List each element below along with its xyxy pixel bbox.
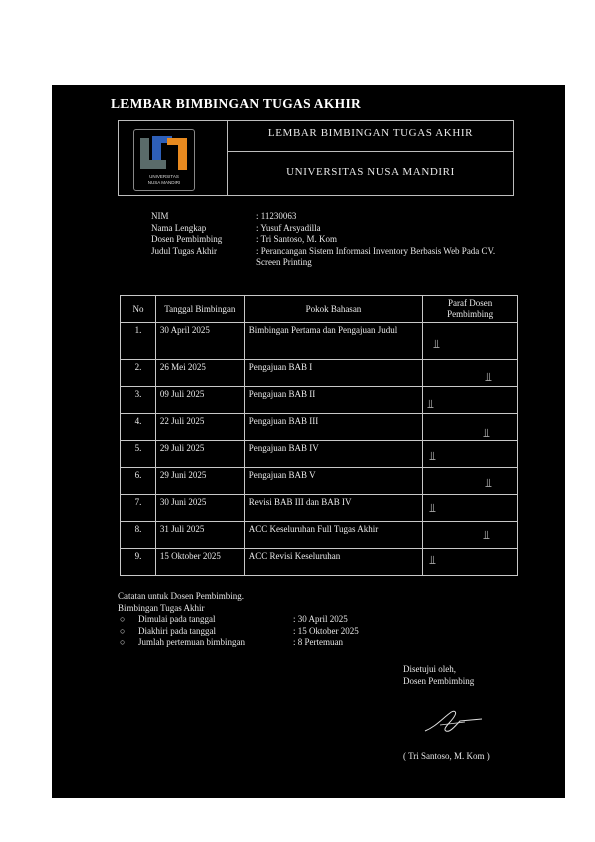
table-row: 5.29 Juli 2025Pengajuan BAB IV⫫ bbox=[121, 441, 518, 468]
cell-date: 09 Juli 2025 bbox=[155, 387, 244, 414]
cell-date: 22 Juli 2025 bbox=[155, 414, 244, 441]
cell-no: 5. bbox=[121, 441, 156, 468]
cell-no: 6. bbox=[121, 468, 156, 495]
cell-date: 29 Juni 2025 bbox=[155, 468, 244, 495]
guidance-table: No Tanggal Bimbingan Pokok Bahasan Paraf… bbox=[120, 295, 518, 576]
student-info: NIM: 11230063 Nama Lengkap: Yusuf Arsyad… bbox=[151, 211, 516, 269]
header-line-2: UNIVERSITAS NUSA MANDIRI bbox=[228, 166, 513, 178]
supervisor-name: ( Tri Santoso, M. Kom ) bbox=[403, 751, 490, 761]
cell-no: 2. bbox=[121, 360, 156, 387]
cell-topic: Pengajuan BAB II bbox=[244, 387, 422, 414]
cell-topic: Revisi BAB III dan BAB IV bbox=[244, 495, 422, 522]
cell-topic: Pengajuan BAB V bbox=[244, 468, 422, 495]
cell-topic: Pengajuan BAB IV bbox=[244, 441, 422, 468]
paraf-signature-icon: ⫫ bbox=[483, 426, 490, 441]
university-logo-icon: UNIVERSITAS NUSA MANDIRI bbox=[133, 129, 195, 191]
cell-topic: ACC Revisi Keseluruhan bbox=[244, 549, 422, 576]
note-label: Jumlah pertemuan bimbingan bbox=[138, 637, 293, 649]
paraf-signature-icon: ⫫ bbox=[429, 553, 436, 568]
paraf-signature-icon: ⫫ bbox=[429, 449, 436, 464]
cell-no: 7. bbox=[121, 495, 156, 522]
paraf-signature-icon: ⫫ bbox=[429, 501, 436, 516]
note-value: : 8 Pertemuan bbox=[293, 637, 343, 649]
table-row: 2.26 Mei 2025Pengajuan BAB I⫫ bbox=[121, 360, 518, 387]
table-header-row: No Tanggal Bimbingan Pokok Bahasan Paraf… bbox=[121, 296, 518, 323]
approval-block: Disetujui oleh, Dosen Pembimbing bbox=[403, 663, 474, 687]
cell-date: 29 Juli 2025 bbox=[155, 441, 244, 468]
cell-no: 4. bbox=[121, 414, 156, 441]
cell-topic: Pengajuan BAB I bbox=[244, 360, 422, 387]
col-header-date: Tanggal Bimbingan bbox=[155, 296, 244, 323]
table-row: 1.30 April 2025Bimbingan Pertama dan Pen… bbox=[121, 323, 518, 360]
info-label: Judul Tugas Akhir bbox=[151, 246, 256, 269]
info-label: Nama Lengkap bbox=[151, 223, 256, 235]
info-value: : Yusuf Arsyadilla bbox=[256, 223, 516, 235]
cell-date: 30 April 2025 bbox=[155, 323, 244, 360]
info-value: : Tri Santoso, M. Kom bbox=[256, 234, 516, 246]
paraf-signature-icon: ⫫ bbox=[483, 528, 490, 543]
cell-topic: ACC Keseluruhan Full Tugas Akhir bbox=[244, 522, 422, 549]
col-header-topic: Pokok Bahasan bbox=[244, 296, 422, 323]
cell-paraf: ⫫ bbox=[423, 414, 518, 441]
info-value: : 11230063 bbox=[256, 211, 516, 223]
approval-line-1: Disetujui oleh, bbox=[403, 663, 474, 675]
notes-section: Catatan untuk Dosen Pembimbing. Bimbinga… bbox=[118, 591, 359, 649]
bullet-icon: ○ bbox=[118, 626, 138, 638]
cell-paraf: ⫫ bbox=[423, 468, 518, 495]
info-label: Dosen Pembimbing bbox=[151, 234, 256, 246]
info-value: : Perancangan Sistem Informasi Inventory… bbox=[256, 246, 516, 269]
paraf-signature-icon: ⫫ bbox=[433, 337, 440, 352]
cell-paraf: ⫫ bbox=[423, 495, 518, 522]
cell-date: 30 Juni 2025 bbox=[155, 495, 244, 522]
cell-date: 26 Mei 2025 bbox=[155, 360, 244, 387]
signature-icon bbox=[420, 705, 490, 735]
header-line-1: LEMBAR BIMBINGAN TUGAS AKHIR bbox=[228, 127, 513, 139]
cell-no: 3. bbox=[121, 387, 156, 414]
col-header-paraf: Paraf Dosen Pembimbing bbox=[423, 296, 518, 323]
paraf-signature-icon: ⫫ bbox=[427, 397, 434, 412]
notes-heading: Catatan untuk Dosen Pembimbing. bbox=[118, 591, 359, 603]
header-box: UNIVERSITAS NUSA MANDIRI LEMBAR BIMBINGA… bbox=[118, 120, 514, 196]
cell-date: 31 Juli 2025 bbox=[155, 522, 244, 549]
note-label: Dimulai pada tanggal bbox=[138, 614, 293, 626]
cell-paraf: ⫫ bbox=[423, 387, 518, 414]
logo-caption-2: NUSA MANDIRI bbox=[137, 180, 191, 186]
table-row: 7.30 Juni 2025Revisi BAB III dan BAB IV⫫ bbox=[121, 495, 518, 522]
cell-no: 9. bbox=[121, 549, 156, 576]
cell-paraf: ⫫ bbox=[423, 441, 518, 468]
info-label: NIM bbox=[151, 211, 256, 223]
col-header-no: No bbox=[121, 296, 156, 323]
note-label: Diakhiri pada tanggal bbox=[138, 626, 293, 638]
note-value: : 15 Oktober 2025 bbox=[293, 626, 359, 638]
paraf-signature-icon: ⫫ bbox=[485, 370, 492, 385]
paraf-signature-icon: ⫫ bbox=[485, 476, 492, 491]
document-title: LEMBAR BIMBINGAN TUGAS AKHIR bbox=[111, 96, 361, 112]
cell-paraf: ⫫ bbox=[423, 360, 518, 387]
table-row: 4.22 Juli 2025Pengajuan BAB III⫫ bbox=[121, 414, 518, 441]
logo-cell: UNIVERSITAS NUSA MANDIRI bbox=[119, 121, 228, 195]
cell-paraf: ⫫ bbox=[423, 522, 518, 549]
cell-paraf: ⫫ bbox=[423, 323, 518, 360]
table-row: 3.09 Juli 2025Pengajuan BAB II⫫ bbox=[121, 387, 518, 414]
note-value: : 30 April 2025 bbox=[293, 614, 348, 626]
bullet-icon: ○ bbox=[118, 614, 138, 626]
cell-no: 1. bbox=[121, 323, 156, 360]
table-row: 6.29 Juni 2025Pengajuan BAB V⫫ bbox=[121, 468, 518, 495]
table-row: 8.31 Juli 2025ACC Keseluruhan Full Tugas… bbox=[121, 522, 518, 549]
cell-no: 8. bbox=[121, 522, 156, 549]
bullet-icon: ○ bbox=[118, 637, 138, 649]
approval-line-2: Dosen Pembimbing bbox=[403, 675, 474, 687]
cell-topic: Pengajuan BAB III bbox=[244, 414, 422, 441]
table-row: 9.15 Oktober 2025ACC Revisi Keseluruhan⫫ bbox=[121, 549, 518, 576]
cell-paraf: ⫫ bbox=[423, 549, 518, 576]
notes-subheading: Bimbingan Tugas Akhir bbox=[118, 603, 359, 615]
cell-date: 15 Oktober 2025 bbox=[155, 549, 244, 576]
cell-topic: Bimbingan Pertama dan Pengajuan Judul bbox=[244, 323, 422, 360]
